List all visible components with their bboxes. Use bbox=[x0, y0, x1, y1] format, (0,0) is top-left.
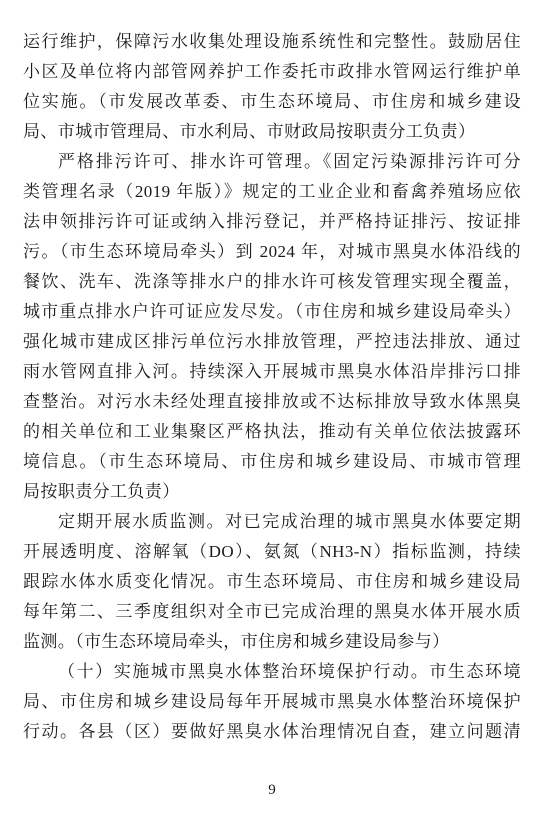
text-line: 污。（市生态环境局牵头）到 2024 年，对城市黑臭水体沿线的 bbox=[23, 237, 521, 267]
text-line: 严格排污许可、排水许可管理。《固定污染源排污许可分 bbox=[23, 147, 521, 177]
text-line: 城市重点排水户许可证应发尽发。（市住房和城乡建设局牵头） bbox=[23, 297, 521, 327]
text-line: 行动。各县（区）要做好黑臭水体治理情况自查，建立问题清 bbox=[23, 717, 521, 747]
text-line: 定期开展水质监测。对已完成治理的城市黑臭水体要定期 bbox=[23, 507, 521, 537]
text-line: 运行维护，保障污水收集处理设施系统性和完整性。鼓励居住 bbox=[23, 27, 521, 57]
text-line: 查整治。对污水未经处理直接排放或不达标排放导致水体黑臭 bbox=[23, 387, 521, 417]
paragraph: 定期开展水质监测。对已完成治理的城市黑臭水体要定期开展透明度、溶解氧（DO）、氨… bbox=[23, 507, 521, 657]
text-line: 位实施。（市发展改革委、市生态环境局、市住房和城乡建设 bbox=[23, 87, 521, 117]
text-line: 每年第二、三季度组织对全市已完成治理的黑臭水体开展水质 bbox=[23, 597, 521, 627]
text-line: 监测。（市生态环境局牵头，市住房和城乡建设局参与） bbox=[23, 627, 521, 657]
text-line: 餐饮、洗车、洗涤等排水户的排水许可核发管理实现全覆盖， bbox=[23, 267, 521, 297]
text-line: 局、市住房和城乡建设局每年开展城市黑臭水体整治环境保护 bbox=[23, 687, 521, 717]
text-line: 跟踪水体水质变化情况。市生态环境局、市住房和城乡建设局 bbox=[23, 567, 521, 597]
text-line: 的相关单位和工业集聚区严格执法，推动有关单位依法披露环 bbox=[23, 417, 521, 447]
text-line: 小区及单位将内部管网养护工作委托市政排水管网运行维护单 bbox=[23, 57, 521, 87]
text-line: 类管理名录（2019 年版）》规定的工业企业和畜禽养殖场应依 bbox=[23, 177, 521, 207]
text-line: 雨水管网直排入河。持续深入开展城市黑臭水体沿岸排污口排 bbox=[23, 357, 521, 387]
paragraph: 严格排污许可、排水许可管理。《固定污染源排污许可分类管理名录（2019 年版）》… bbox=[23, 147, 521, 507]
text-line: 强化城市建成区排污单位污水排放管理，严控违法排放、通过 bbox=[23, 327, 521, 357]
text-line: 法申领排污许可证或纳入排污登记，并严格持证排污、按证排 bbox=[23, 207, 521, 237]
paragraph: （十）实施城市黑臭水体整治环境保护行动。市生态环境局、市住房和城乡建设局每年开展… bbox=[23, 657, 521, 747]
document-body: 运行维护，保障污水收集处理设施系统性和完整性。鼓励居住小区及单位将内部管网养护工… bbox=[23, 27, 521, 747]
text-line: 境信息。（市生态环境局、市住房和城乡建设局、市城市管理 bbox=[23, 447, 521, 477]
text-line: （十）实施城市黑臭水体整治环境保护行动。市生态环境 bbox=[23, 657, 521, 687]
text-line: 局按职责分工负责） bbox=[23, 477, 521, 507]
paragraph: 运行维护，保障污水收集处理设施系统性和完整性。鼓励居住小区及单位将内部管网养护工… bbox=[23, 27, 521, 147]
page: 运行维护，保障污水收集处理设施系统性和完整性。鼓励居住小区及单位将内部管网养护工… bbox=[0, 0, 544, 823]
text-line: 局、市城市管理局、市水利局、市财政局按职责分工负责） bbox=[23, 117, 521, 147]
text-line: 开展透明度、溶解氧（DO）、氨氮（NH3-N）指标监测，持续 bbox=[23, 537, 521, 567]
document-page: { "page": { "number": "9" }, "document":… bbox=[0, 0, 544, 823]
page-number: 9 bbox=[0, 779, 544, 801]
